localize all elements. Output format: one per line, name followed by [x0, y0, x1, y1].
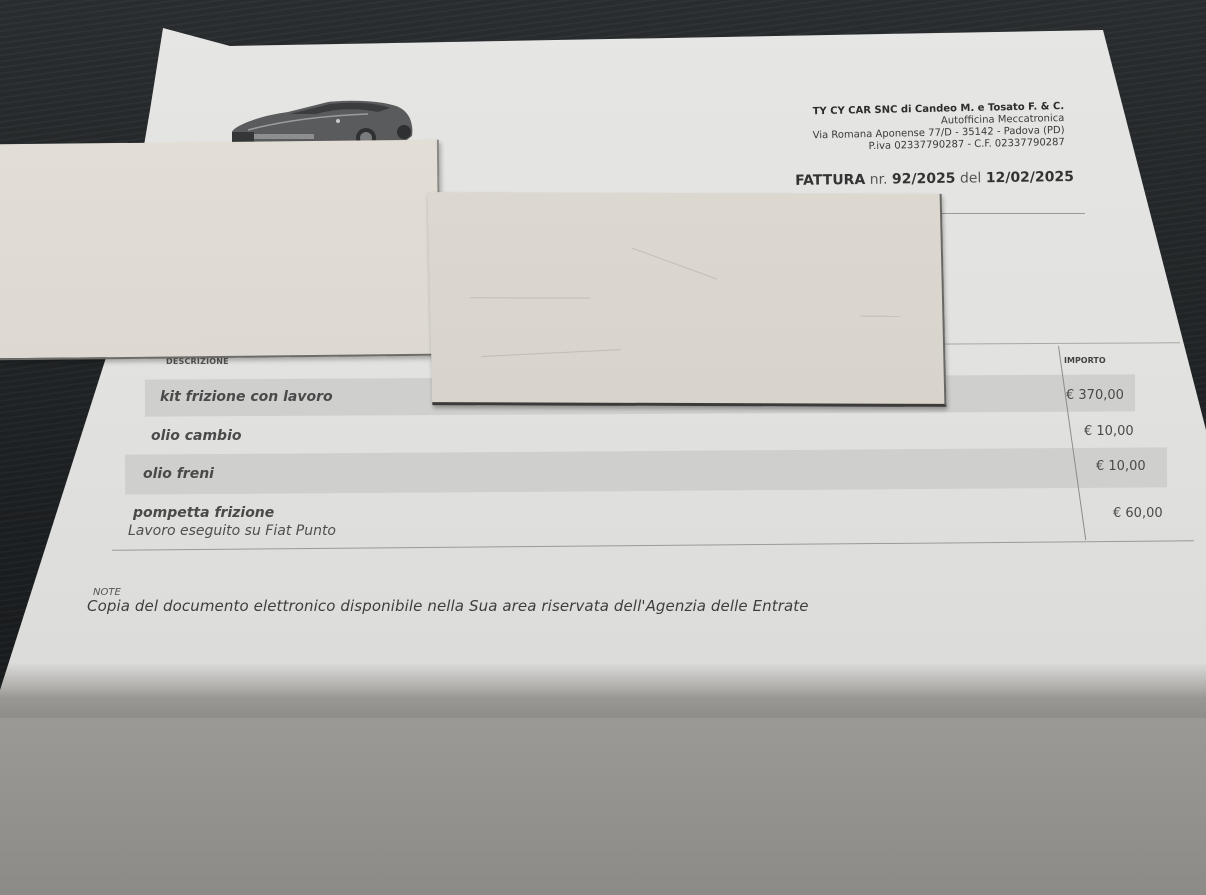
row-description: olio cambio [151, 428, 241, 444]
invoice-table: DESCRIZIONE IMPORTO kit frizione con lav… [0, 0, 1206, 895]
row-amount: € 60,00 [1113, 506, 1163, 521]
row-amount: € 10,00 [1096, 459, 1146, 474]
row-amount: € 10,00 [1084, 424, 1134, 439]
row-amount: € 370,00 [1066, 388, 1124, 403]
row-description: olio freni [143, 466, 214, 482]
row-description: pompetta frizione [133, 505, 274, 521]
notes-text: Copia del documento elettronico disponib… [87, 597, 809, 615]
redaction-card-right [428, 192, 947, 407]
table-bottom-rule [112, 540, 1194, 550]
row-note: Lavoro eseguito su Fiat Punto [128, 523, 336, 539]
row-description: kit frizione con lavoro [160, 389, 333, 405]
row-band-3 [125, 447, 1167, 494]
redaction-card-left [0, 140, 441, 361]
column-header-amount: IMPORTO [1064, 356, 1106, 365]
